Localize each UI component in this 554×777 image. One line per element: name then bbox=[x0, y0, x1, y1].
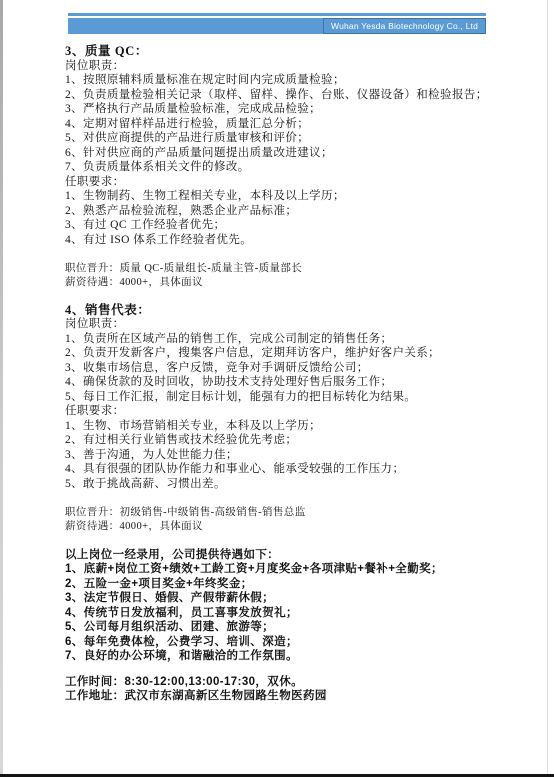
company-name: Wuhan Yesda Biotechnology Co., Ltd bbox=[331, 22, 478, 31]
header-bar: Wuhan Yesda Biotechnology Co., Ltd bbox=[68, 18, 486, 34]
benefit-item: 5、公司每月组织活动、团建、旅游等； bbox=[65, 620, 495, 635]
sales-promotion: 职位晋升：初级销售-中级销售-高级销售-销售总监 bbox=[65, 506, 495, 521]
qc-duty-item: 7、负责质量体系相关文件的修改。 bbox=[65, 160, 495, 175]
qc-promotion: 职位晋升：质量 QC-质量组长-质量主管-质量部长 bbox=[65, 262, 495, 277]
sales-req-item: 1、生物、市场营销相关专业，本科及以上学历； bbox=[65, 419, 495, 434]
qc-duty-item: 6、针对供应商的产品质量问题提出质量改进建议； bbox=[65, 146, 495, 161]
sales-req-label: 任职要求： bbox=[65, 404, 495, 419]
work-time: 工作时间：8:30-12:00,13:00-17:30，双休。 bbox=[65, 675, 495, 690]
section-sales-title: 4、销售代表： bbox=[65, 303, 495, 318]
sales-duty-label: 岗位职责： bbox=[65, 317, 495, 332]
benefits-title: 以上岗位一经录用，公司提供待遇如下： bbox=[65, 548, 495, 563]
page-left-edge bbox=[0, 0, 3, 777]
qc-duty-item: 3、严格执行产品质量检验标准，完成成品检验； bbox=[65, 102, 495, 117]
qc-duty-label: 岗位职责： bbox=[65, 59, 495, 74]
benefit-item: 6、每年免费体检，公费学习、培训、深造； bbox=[65, 635, 495, 650]
sales-duty-item: 1、负责所在区域产品的销售工作，完成公司制定的销售任务； bbox=[65, 332, 495, 347]
qc-req-item: 2、熟悉产品检验流程，熟悉企业产品标准； bbox=[65, 204, 495, 219]
benefit-item: 3、法定节假日、婚假、产假带薪休假； bbox=[65, 591, 495, 606]
work-address: 工作地址：武汉市东湖高新区生物园路生物医药园 bbox=[65, 689, 495, 704]
sales-duty-item: 2、负责开发新客户，搜集客户信息，定期拜访客户，维护好客户关系； bbox=[65, 346, 495, 361]
company-name-box: Wuhan Yesda Biotechnology Co., Ltd bbox=[323, 18, 486, 34]
sales-req-item: 3、善于沟通，为人处世能力佳； bbox=[65, 448, 495, 463]
benefit-item: 4、传统节日发放福利，员工喜事发放贺礼； bbox=[65, 606, 495, 621]
benefit-item: 7、良好的办公环境，和谐融洽的工作氛围。 bbox=[65, 649, 495, 664]
sales-salary: 薪资待遇：4000+，具体面议 bbox=[65, 520, 495, 535]
header-accent-line bbox=[68, 13, 486, 16]
benefit-item: 2、五险一金+项目奖金+年终奖金； bbox=[65, 577, 495, 592]
sales-req-item: 2、有过相关行业销售或技术经验优先考虑； bbox=[65, 433, 495, 448]
sales-req-item: 5、敢于挑战高薪、习惯出差。 bbox=[65, 477, 495, 492]
qc-duty-item: 2、负责质量检验相关记录（取样、留样、操作、台账、仪器设备）和检验报告； bbox=[65, 88, 495, 103]
qc-duty-item: 4、定期对留样样品进行检验，质量汇总分析； bbox=[65, 117, 495, 132]
qc-duty-item: 5、对供应商提供的产品进行质量审核和评价； bbox=[65, 131, 495, 146]
page-right-edge bbox=[547, 0, 548, 777]
sales-duty-item: 3、收集市场信息，客户反馈，竞争对手调研反馈给公司； bbox=[65, 361, 495, 376]
qc-req-item: 1、生物制药、生物工程相关专业，本科及以上学历； bbox=[65, 189, 495, 204]
benefit-item: 1、底薪+岗位工资+绩效+工龄工资+月度奖金+各项津贴+餐补+全勤奖； bbox=[65, 562, 495, 577]
section-qc-title: 3、质量 QC： bbox=[65, 44, 495, 59]
sales-req-item: 4、具有很强的团队协作能力和事业心、能承受较强的工作压力； bbox=[65, 462, 495, 477]
sales-duty-item: 4、确保货款的及时回收，协助技术支持处理好售后服务工作； bbox=[65, 375, 495, 390]
qc-salary: 薪资待遇：4000+，具体面议 bbox=[65, 276, 495, 291]
qc-req-item: 4、有过 ISO 体系工作经验者优先。 bbox=[65, 233, 495, 248]
qc-duty-item: 1、按照原辅料质量标准在规定时间内完成质量检验； bbox=[65, 73, 495, 88]
document-content: 3、质量 QC： 岗位职责： 1、按照原辅料质量标准在规定时间内完成质量检验； … bbox=[65, 44, 495, 704]
document-page: Wuhan Yesda Biotechnology Co., Ltd 3、质量 … bbox=[0, 0, 554, 777]
qc-req-item: 3、有过 QC 工作经验者优先； bbox=[65, 218, 495, 233]
sales-duty-item: 5、每日工作汇报，制定目标计划，能强有力的把目标转化为结果。 bbox=[65, 390, 495, 405]
qc-req-label: 任职要求： bbox=[65, 175, 495, 190]
